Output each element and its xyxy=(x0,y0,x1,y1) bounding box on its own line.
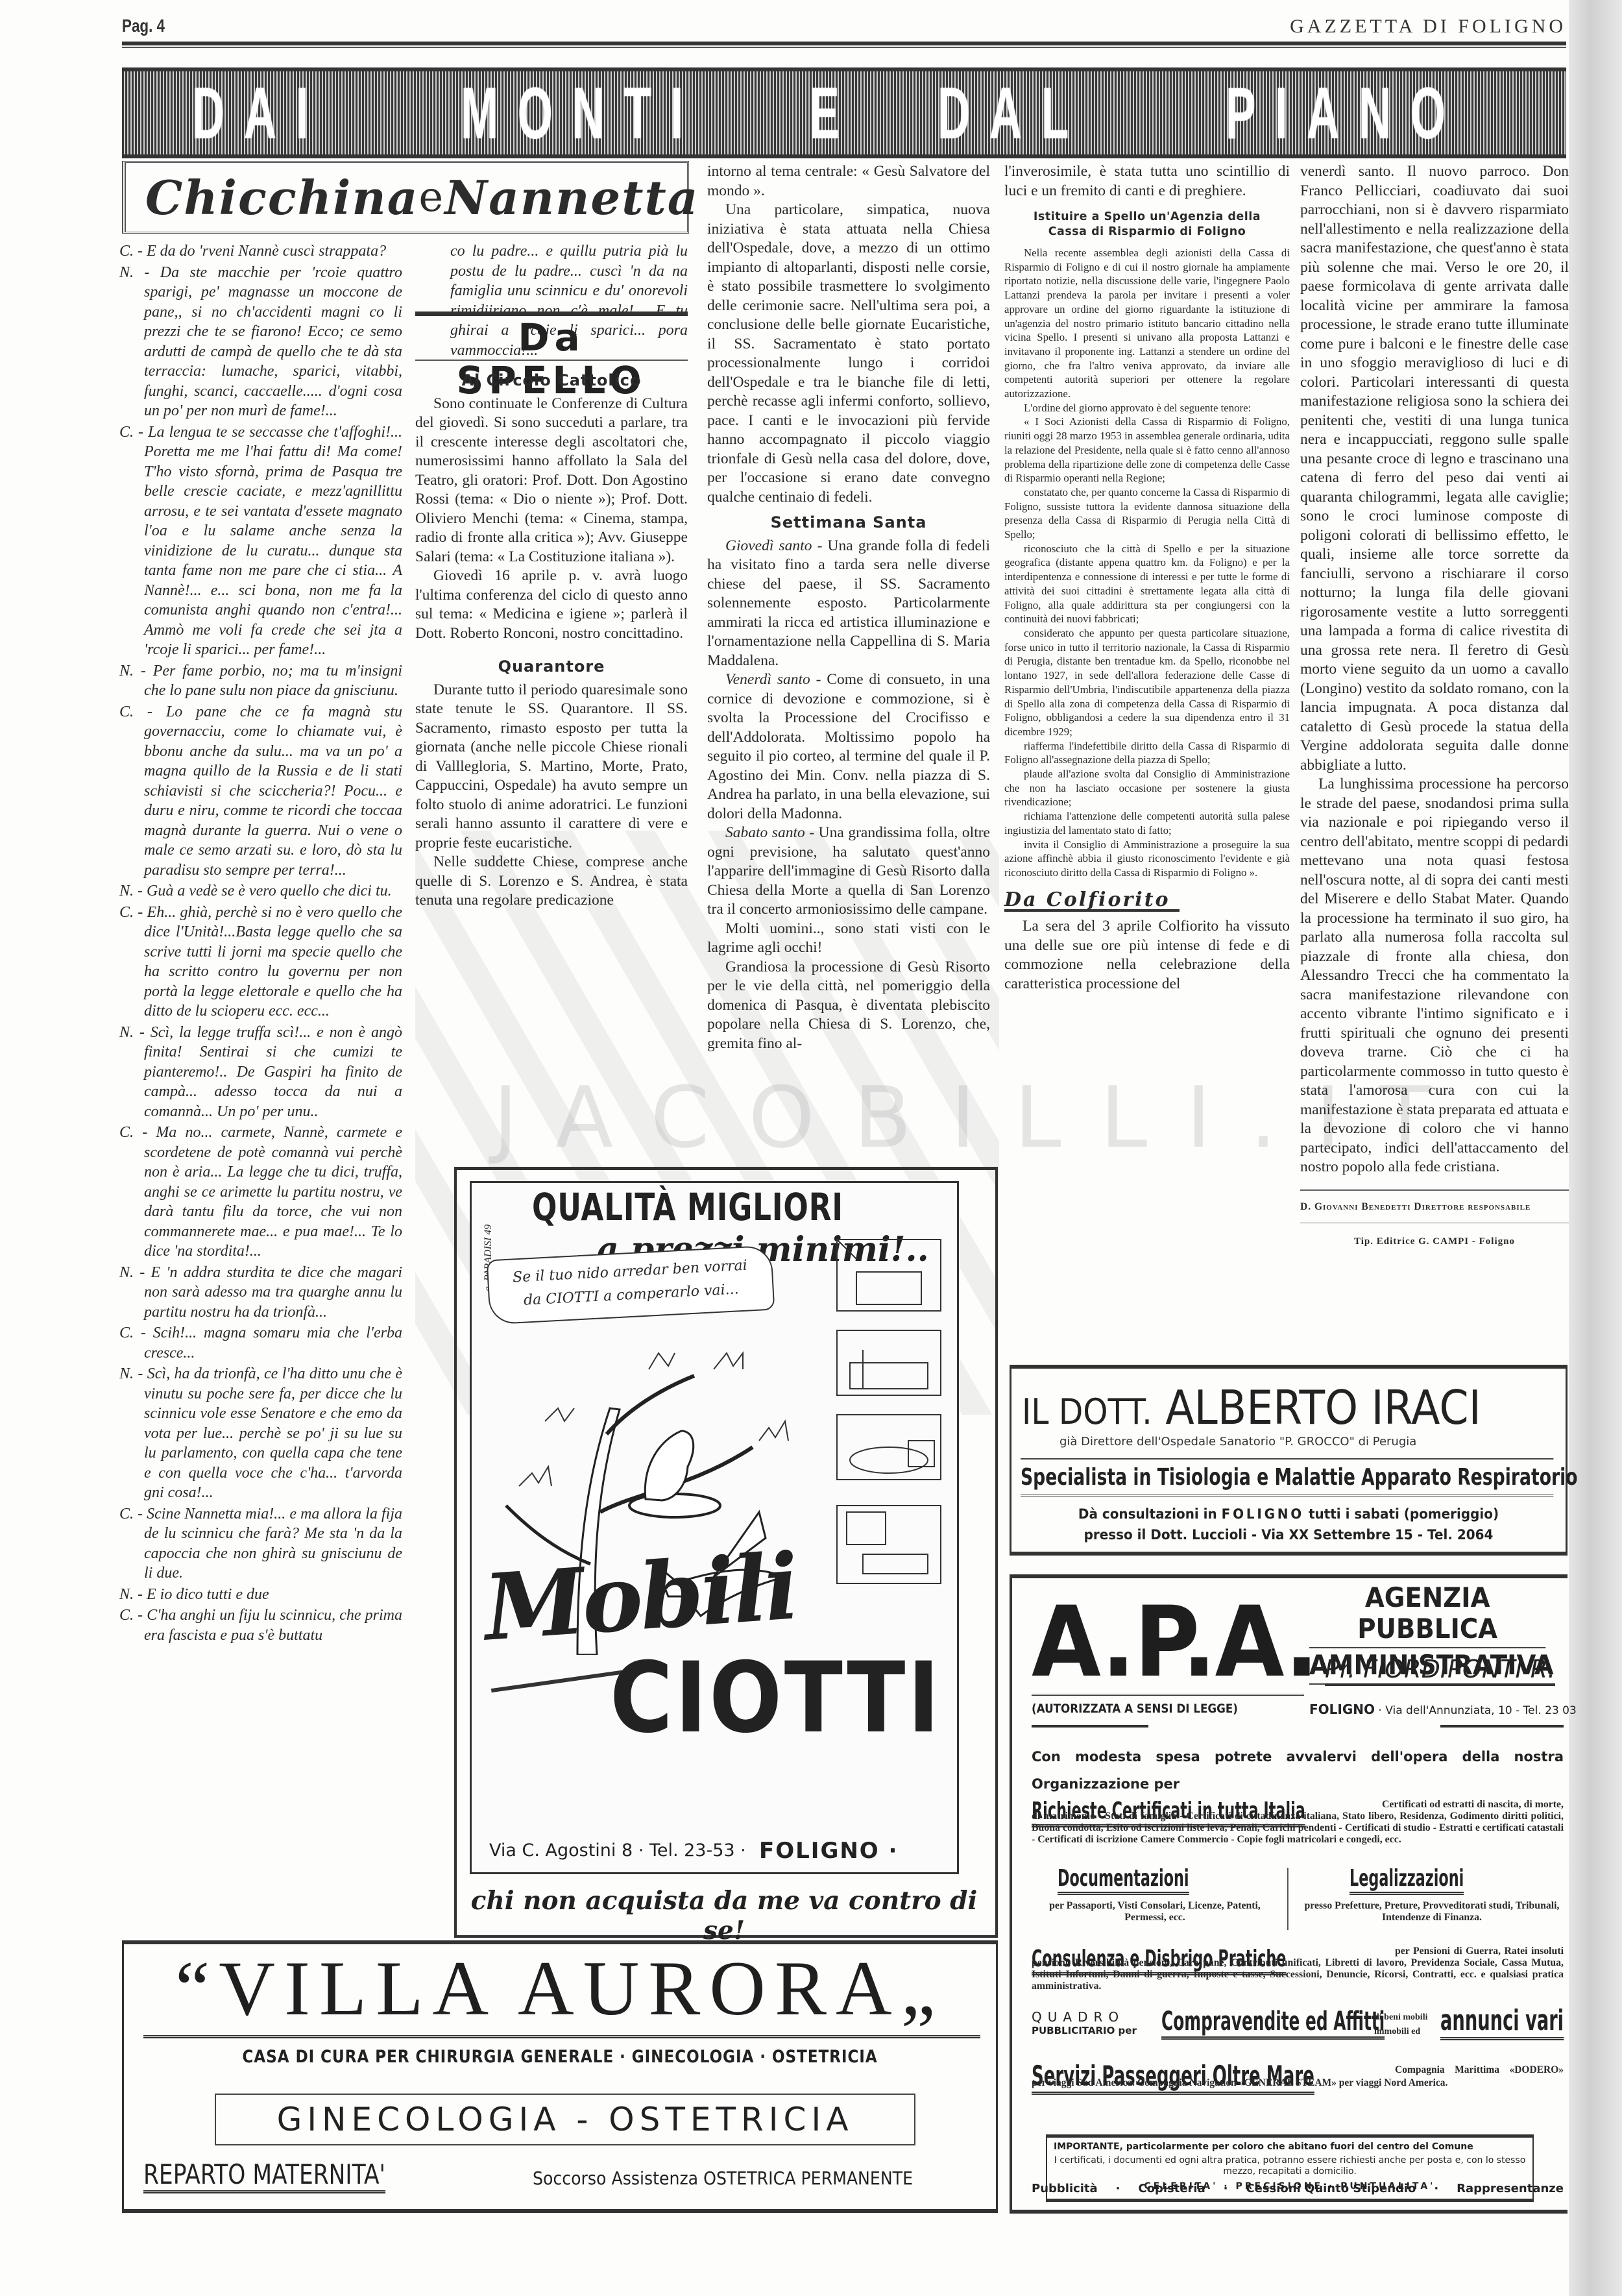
dialog-line: N. - E io dico tutti e due xyxy=(119,1585,402,1605)
rule xyxy=(1032,1725,1148,1728)
dialog-line: N. - Guà a vedè se è vero quello che dic… xyxy=(119,881,402,901)
villa-specialty-box: GINECOLOGIA - OSTETRICIA xyxy=(215,2094,915,2145)
rule xyxy=(1032,1694,1304,1696)
colfiorito-column: venerdì santo. Il nuovo parroco. Don Fra… xyxy=(1300,162,1569,1252)
section-banner: DAI MONTI E DAL PIANO xyxy=(122,67,1566,158)
villa-title: “VILLA AURORA„ xyxy=(124,1949,996,2027)
paragraph: Giovedì 16 aprile p. v. avrà luogo l'ult… xyxy=(415,567,688,643)
service-description: Compagnia Marittima «DODERO» per viaggi … xyxy=(1032,2064,1564,2090)
header-rule xyxy=(122,42,1566,48)
dialog-line: N. - Scì, ha da trionfà, ce l'ha ditto u… xyxy=(119,1364,402,1503)
dialog-line: C. - Lo pane che ce fa magnà stu governa… xyxy=(119,702,402,881)
doctor-name: IL DOTT. ALBERTO IRACI xyxy=(1022,1380,1481,1435)
title-chicchina: Chicchina xyxy=(145,170,418,225)
furniture-illustrations xyxy=(824,1233,954,1596)
agenzia-column: l'inverosimile, è stata tutta uno scinti… xyxy=(1004,162,1290,994)
villa-reparto: REPARTO MATERNITA' xyxy=(143,2158,385,2193)
page-number: Pag. 4 xyxy=(122,16,165,36)
quadro-connector: di beni mobiliimmobili ed xyxy=(1374,2010,1446,2039)
agency-address: FOLIGNO · Via dell'Annunziata, 10 - Tel.… xyxy=(1309,1702,1577,1717)
dialog-line: N. - Scì, la legge truffa scì!... e non … xyxy=(119,1023,402,1122)
apa-ad: A.P.A. (AUTORIZZATA A SENSI DI LEGGE) AG… xyxy=(1010,1574,1568,2214)
iraci-ad: IL DOTT. ALBERTO IRACI già Direttore del… xyxy=(1010,1365,1568,1556)
newspaper-name: GAZZETTA DI FOLIGNO xyxy=(1290,16,1566,38)
colfiorito-heading: Da Colfiorito xyxy=(1004,890,1180,912)
ciotti-headline: QUALITÀ MIGLIORI xyxy=(532,1185,843,1229)
paragraph: Sono continuate le Conferenze di Cultura… xyxy=(415,395,688,567)
signature-rule xyxy=(1300,1189,1569,1191)
ciotti-brand: CIOTTI xyxy=(610,1642,942,1755)
banner-word: PIANO xyxy=(1226,71,1465,155)
agency-owner: Pr. FIORDIPONTI R. xyxy=(1325,1655,1555,1686)
apa-logo: A.P.A. xyxy=(1032,1594,1318,1691)
service-description: presso Prefetture, Preture, Provveditora… xyxy=(1300,1900,1564,1924)
paragraph: La lunghissima processione ha percorso l… xyxy=(1300,775,1569,1177)
printer-credit: Tip. Editrice G. CAMPI - Foligno xyxy=(1300,1232,1569,1252)
paragraph: Grandiosa la processione di Gesù Risorto… xyxy=(707,958,990,1054)
dialog-line: C. - C'ha anghi un fiju lu scinnicu, che… xyxy=(119,1606,402,1645)
banner-word: DAL xyxy=(938,71,1088,155)
service-title: Legalizzazioni xyxy=(1350,1865,1534,1895)
banner-word: E xyxy=(809,71,858,155)
dialog-line: N. - E 'n addra sturdita te dice che mag… xyxy=(119,1263,402,1323)
quarantore-heading: Quarantore xyxy=(415,657,688,677)
spello-column: Al Circolo Cattolico Sono continuate le … xyxy=(415,367,688,910)
ciotti-address: Via C. Agostini 8 · Tel. 23-53 · xyxy=(489,1840,746,1861)
paragraph: venerdì santo. Il nuovo parroco. Don Fra… xyxy=(1300,162,1569,775)
paragraph: Molti uomini.., sono stati visti con le … xyxy=(707,920,990,958)
signature-rule xyxy=(1300,1223,1569,1223)
doctor-specialty: Specialista in Tisiologia e Malattie App… xyxy=(1021,1458,1553,1496)
service-title: Documentazioni xyxy=(1058,1865,1270,1895)
title-e: e xyxy=(418,173,444,221)
paragraph: Durante tutto il periodo quaresimale son… xyxy=(415,681,688,853)
banner-word: DAI xyxy=(192,71,328,155)
service-description: per Pensioni di Guerra, Ratei insoluti p… xyxy=(1032,1946,1564,1992)
paragraph: Venerdì santo - Come di consueto, in una… xyxy=(707,670,990,824)
dialog-column: C. - E da do 'rveni Nannè cuscì strappat… xyxy=(119,241,402,1646)
dialog-line: C. - Scine Nannetta mia!... e ma allora … xyxy=(119,1504,402,1583)
title-nannetta: Nannetta xyxy=(444,170,699,225)
apa-authorized: (AUTORIZZATA A SENSI DI LEGGE) xyxy=(1032,1702,1238,1716)
doctor-former-role: già Direttore dell'Ospedale Sanatorio "P… xyxy=(1059,1435,1416,1448)
service-description: Certificati od estratti di nascita, di m… xyxy=(1032,1799,1564,1846)
chicchina-title-box: Chicchina e Nannetta xyxy=(122,161,689,234)
settimana-column: intorno al tema centrale: « Gesù Salvato… xyxy=(707,162,990,1053)
dialog-line: N. - Per fame porbio, no; ma tu m'insign… xyxy=(119,661,402,701)
consultation-info: Dà consultazioni in FOLIGNO tutti i saba… xyxy=(1025,1504,1551,1545)
paragraph: l'inverosimile, è stata tutta uno scinti… xyxy=(1004,162,1290,201)
paragraph: Nelle suddette Chiese, comprese anche qu… xyxy=(415,853,688,910)
quadro-pubblicitario: QUADRO PUBBLICITARIO per xyxy=(1032,2009,1137,2036)
divider xyxy=(1287,1868,1289,1930)
dialog-line: C. - Eh... ghià, perchè si no è vero que… xyxy=(119,903,402,1021)
settimana-heading: Settimana Santa xyxy=(707,513,990,533)
apa-footer-services: Pubblicità·Copisteria·Cessioni Quinto St… xyxy=(1032,2182,1564,2195)
da-spello-title: Da SPELLO xyxy=(415,311,688,361)
newspaper-page: JACOBILLI.IT Pag. 4 GAZZETTA DI FOLIGNO … xyxy=(0,0,1622,2296)
paragraph: Una particolare, simpatica, nuova inizia… xyxy=(707,201,990,507)
agenzia-heading: Istituire a Spello un'Agenzia della Cass… xyxy=(1004,210,1290,239)
agenzia-body: Nella recente assemblea degli azionisti … xyxy=(1004,246,1290,880)
apa-intro: Con modesta spesa potrete avvalervi dell… xyxy=(1032,1743,1564,1798)
rule xyxy=(1440,1725,1564,1728)
paragraph: intorno al tema centrale: « Gesù Salvato… xyxy=(707,162,990,201)
villa-subtitle: CASA DI CURA PER CHIRURGIA GENERALE · GI… xyxy=(185,2047,935,2067)
dialog-line: N. - Da ste macchie per 'rcoie quattro s… xyxy=(119,263,402,421)
dialog-line: C. - Ma no... carmete, Nannè, carmete e … xyxy=(119,1123,402,1262)
rule xyxy=(143,2035,980,2038)
dialog-line: C. - La lengua te se seccasse che t'affo… xyxy=(119,422,402,660)
paragraph: Giovedì santo - Una grande folla di fede… xyxy=(707,537,990,671)
banner-word: MONTI xyxy=(461,71,703,155)
circolo-heading: Al Circolo Cattolico xyxy=(415,371,688,391)
ciotti-slogan: chi non acquista da me va contro di se! xyxy=(458,1886,990,1946)
page-binding-shadow xyxy=(1569,0,1622,2296)
service-description: per Passaporti, Visti Consolari, Licenze… xyxy=(1032,1900,1278,1924)
dialog-line: C. - E da do 'rveni Nannè cuscì strappat… xyxy=(119,241,402,262)
editor-signature: D. Giovanni Benedetti Direttore responsa… xyxy=(1300,1197,1569,1217)
dialog-line: C. - Scih!... magna somaru mia che l'erb… xyxy=(119,1323,402,1363)
annunci-title: annunci vari xyxy=(1440,2004,1622,2040)
villa-aurora-ad: “VILLA AURORA„ CASA DI CURA PER CHIRURGI… xyxy=(122,1940,998,2213)
villa-soccorso: Soccorso Assistenza OSTETRICA PERMANENTE xyxy=(533,2168,913,2189)
ciotti-city: FOLIGNO · xyxy=(759,1838,898,1864)
paragraph: La sera del 3 aprile Colfiorito ha vissu… xyxy=(1004,917,1290,994)
paragraph: Sabato santo - Una grandissima folla, ol… xyxy=(707,824,990,920)
